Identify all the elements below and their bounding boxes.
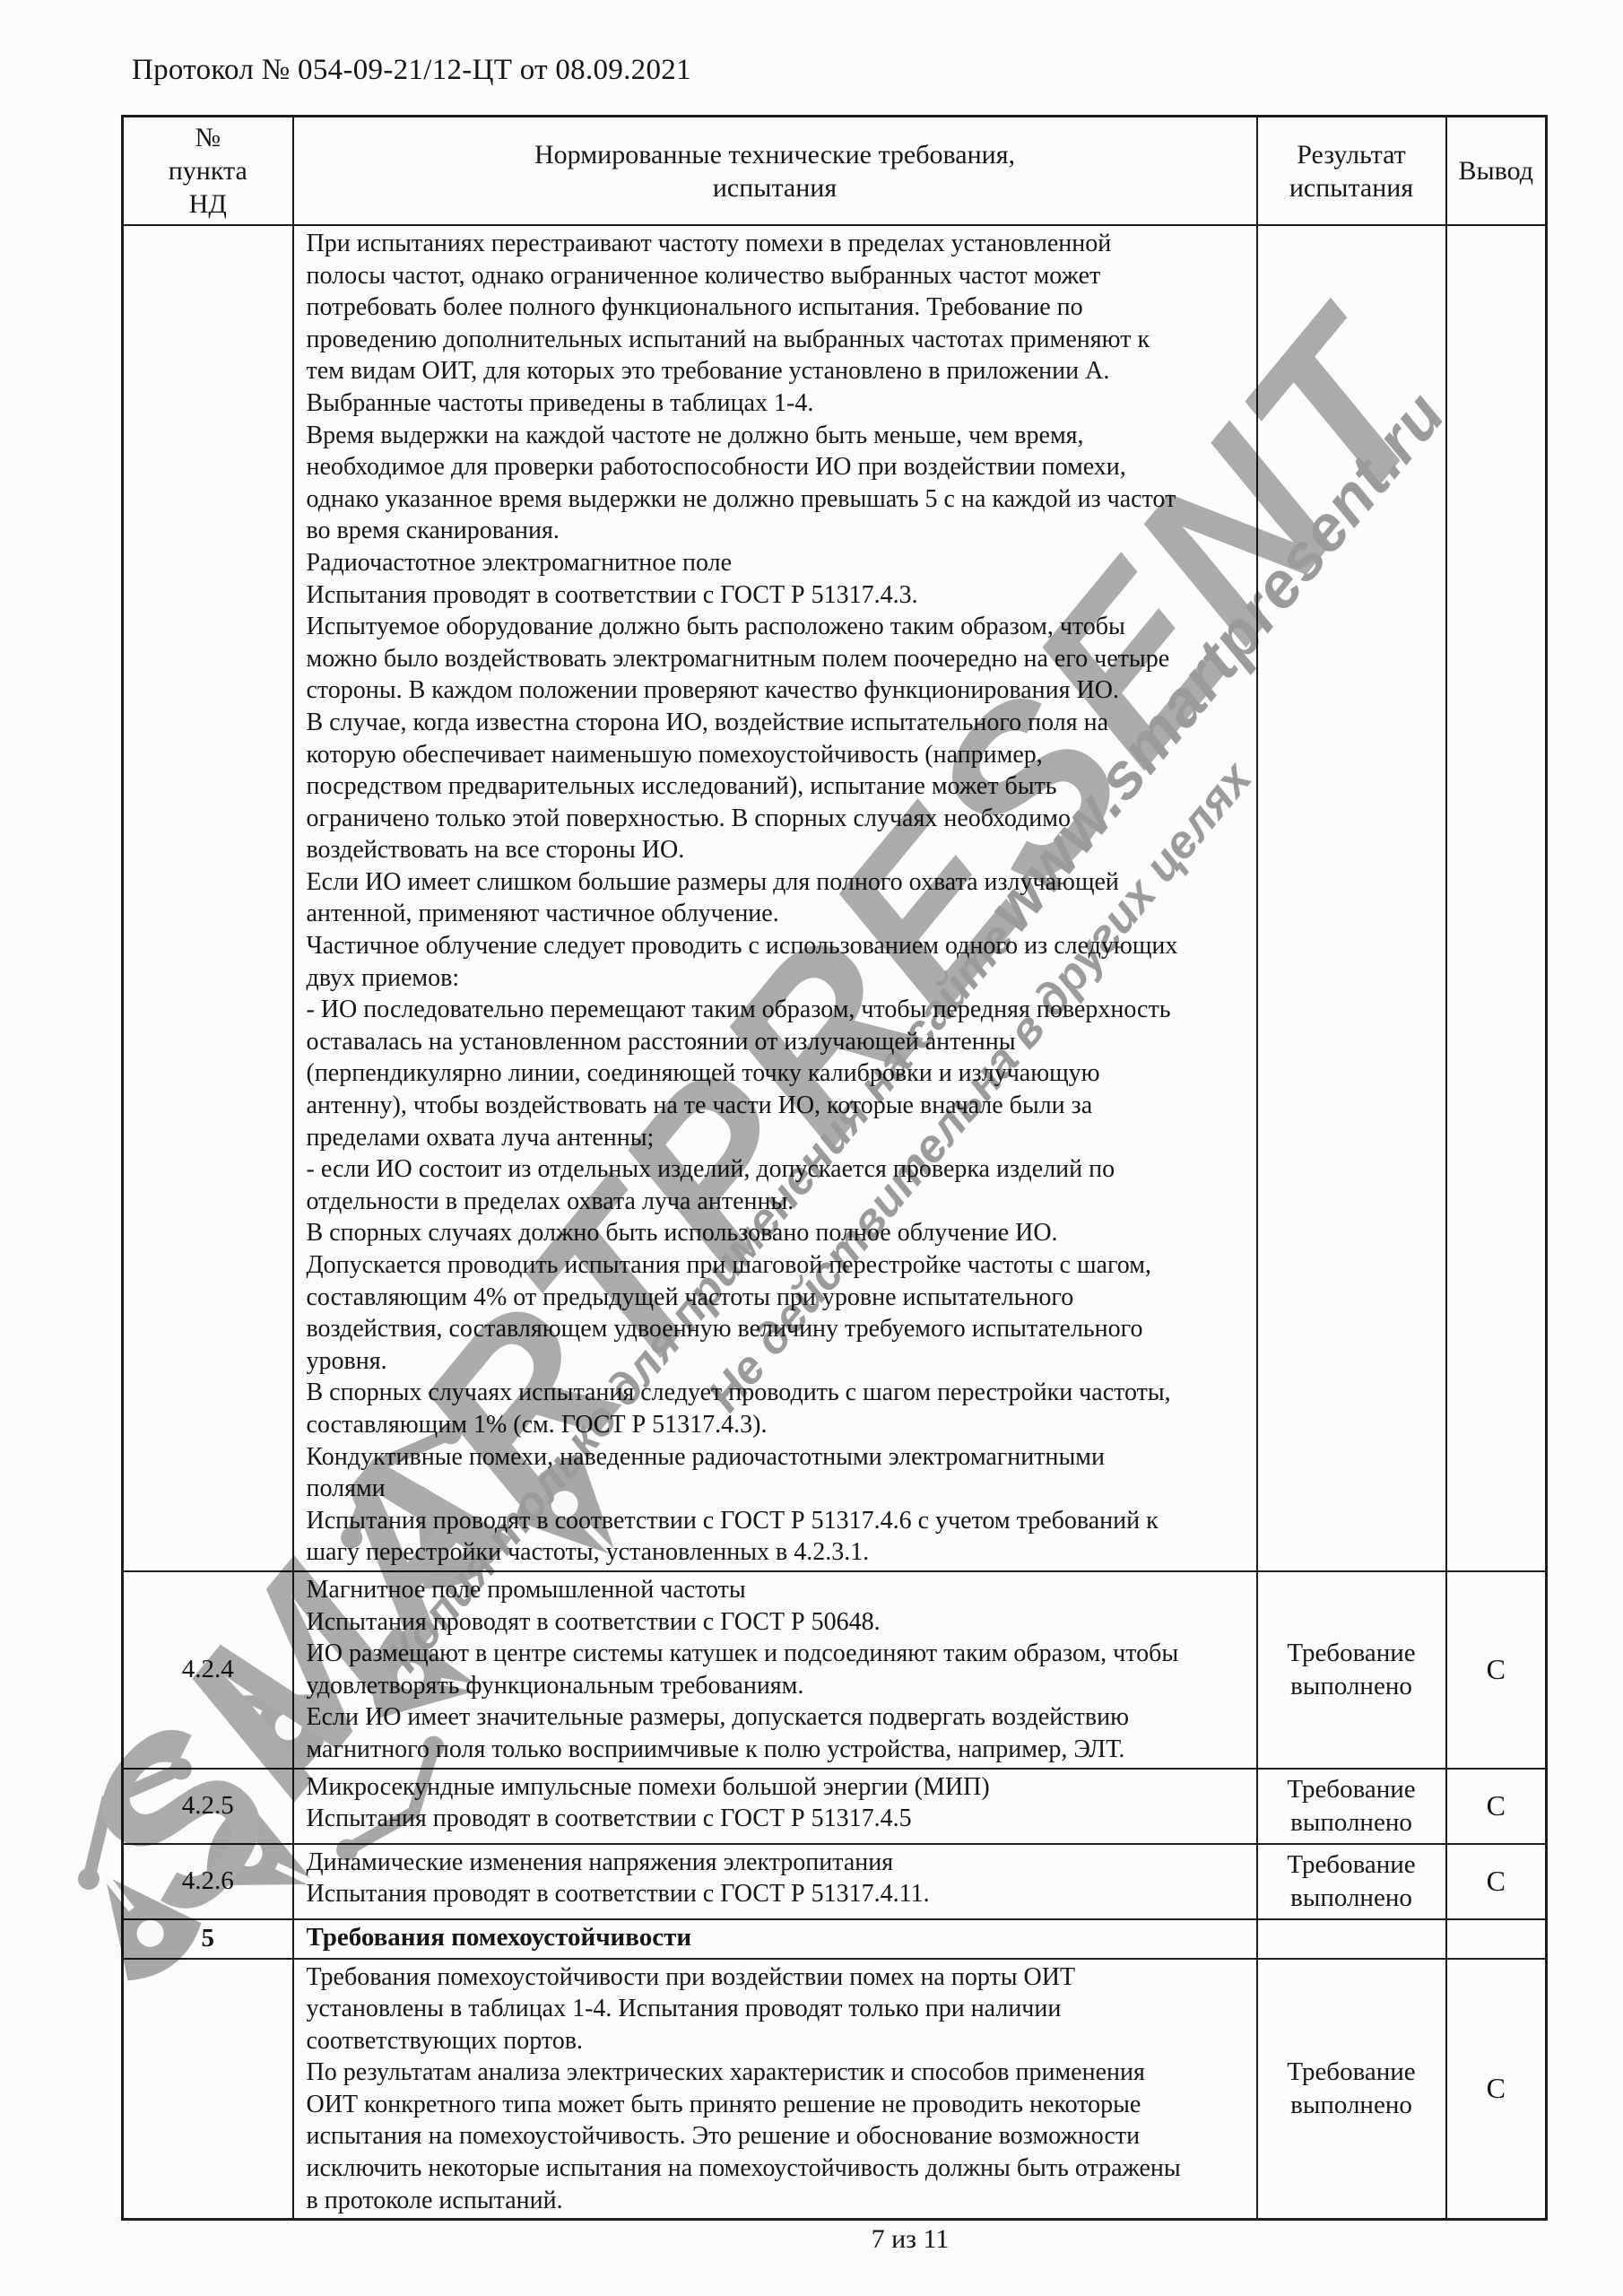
row-result — [1257, 1919, 1446, 1959]
row-conclusion: С — [1446, 1571, 1547, 1769]
table-row: При испытаниях перестраивают частоту пом… — [123, 225, 1547, 1571]
row-conclusion — [1446, 225, 1547, 1571]
page-title: Протокол № 054-09-21/12-ЦТ от 08.09.2021 — [132, 54, 691, 87]
row-text: При испытаниях перестраивают частоту пом… — [293, 225, 1257, 1571]
row-text: Требования помехоустойчивости — [293, 1919, 1257, 1959]
row-result: Требование выполнено — [1257, 1769, 1446, 1844]
row-text: Микросекундные импульсные помехи большой… — [293, 1769, 1257, 1844]
row-conclusion: С — [1446, 1959, 1547, 2220]
row-num — [123, 1959, 293, 2220]
table-row: 4.2.4 Магнитное поле промышленной частот… — [123, 1571, 1547, 1769]
page-number: 7 из 11 — [834, 2224, 986, 2255]
table-row: 4.2.6 Динамические изменения напряжения … — [123, 1844, 1547, 1919]
row-result: Требование выполнено — [1257, 1571, 1446, 1769]
table-row: 4.2.5 Микросекундные импульсные помехи б… — [123, 1769, 1547, 1844]
row-text: Динамические изменения напряжения электр… — [293, 1844, 1257, 1919]
row-num: 5 — [123, 1919, 293, 1959]
row-conclusion: С — [1446, 1844, 1547, 1919]
row-result: Требование выполнено — [1257, 1959, 1446, 2220]
row-result: Требование выполнено — [1257, 1844, 1446, 1919]
row-num: 4.2.5 — [123, 1769, 293, 1844]
row-conclusion: С — [1446, 1769, 1547, 1844]
row-conclusion — [1446, 1919, 1547, 1959]
requirements-table: № пункта НД Нормированные технические тр… — [121, 115, 1548, 2221]
header-num: № пункта НД — [123, 117, 293, 226]
row-num — [123, 225, 293, 1571]
header-result: Результат испытания — [1257, 117, 1446, 226]
row-num: 4.2.4 — [123, 1571, 293, 1769]
row-result — [1257, 225, 1446, 1571]
row-text: Магнитное поле промышленной частоты Испы… — [293, 1571, 1257, 1769]
table-section-row: 5 Требования помехоустойчивости — [123, 1919, 1547, 1959]
table-header-row: № пункта НД Нормированные технические тр… — [123, 117, 1547, 226]
table-row: Требования помехоустойчивости при воздей… — [123, 1959, 1547, 2220]
row-num: 4.2.6 — [123, 1844, 293, 1919]
row-text: Требования помехоустойчивости при воздей… — [293, 1959, 1257, 2220]
header-requirements: Нормированные технические требования, ис… — [293, 117, 1257, 226]
header-conclusion: Вывод — [1446, 117, 1547, 226]
